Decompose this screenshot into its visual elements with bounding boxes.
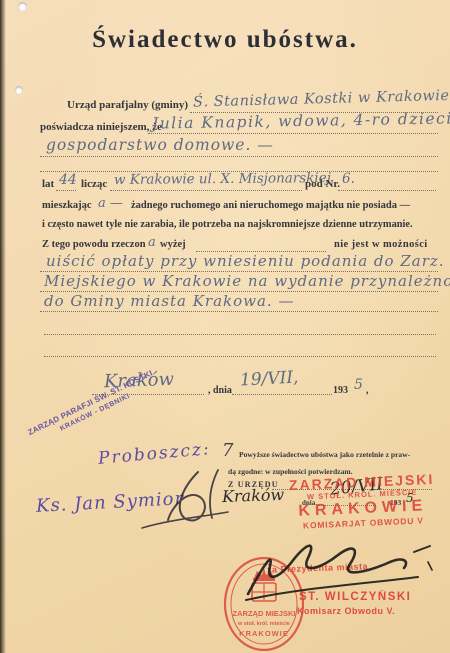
handwritten-suffix: a (148, 235, 156, 250)
parish-stamp-line2: KRAKÓW - DĘBNIKI (31, 378, 160, 448)
printed-year-prefix: 193 (333, 385, 348, 396)
handwritten-request-line: Miejskiego w Krakowie na wydanie przynal… (44, 272, 450, 290)
page-left-edge-shadow (0, 0, 6, 653)
field-label-therefore: Z tego powodu rzeczon (42, 239, 146, 250)
field-label-above: wyżej (160, 239, 186, 250)
official-signature (238, 534, 443, 612)
field-label-unable: nie jest w możności (334, 239, 428, 250)
dotted-line (56, 190, 76, 191)
punch-hole (15, 86, 23, 94)
printed-comma: , (366, 385, 369, 396)
field-label-certifies: poświadcza niniejszem, że (40, 121, 162, 133)
handwritten-city: Kraków (222, 485, 285, 506)
parish-stamp-line1: ZARZĄD PARAFJI ŚW. ST. KOSTKI (26, 368, 155, 438)
handwritten-mark: 7 (222, 440, 233, 461)
handwritten-house-number: 6. (342, 171, 355, 187)
handwritten-age: 44 (59, 172, 77, 188)
handwritten-request-line: uiścić opłaty przy wniesieniu podania do… (46, 252, 445, 270)
field-label-dnia: , dnia (208, 385, 232, 396)
dotted-line (40, 311, 438, 312)
parish-rubber-stamp: ZARZĄD PARAFJI ŚW. ST. KOSTKI KRAKÓW - D… (26, 368, 159, 448)
dotted-line (148, 133, 438, 134)
field-label-residing: mieszkając (42, 200, 92, 211)
field-label-age: lat (42, 178, 54, 190)
dotted-line (44, 334, 436, 335)
handwritten-request-line: do Gminy miasta Krakowa. — (44, 292, 294, 310)
field-label-parish-office: Urząd parafjalny (gminy) (67, 99, 188, 111)
field-label-counting: licząc (81, 178, 107, 190)
scanned-document: Świadectwo ubóstwa. Urząd parafjalny (gm… (0, 0, 450, 653)
handwritten-parish-name: Ś. Stanisława Kostki w Krakowie X (193, 87, 450, 110)
punch-hole (18, 2, 27, 11)
dotted-line (338, 190, 436, 191)
handwritten-address: w Krakowie ul. X. Misjonarskiej (114, 170, 331, 188)
dotted-line (44, 356, 436, 357)
printed-no-property-text: żadnego ruchomego ani nieruchomego mająt… (131, 200, 410, 211)
oval-stamp-line3: KRAKOWIE (239, 629, 289, 638)
dotted-line (110, 190, 302, 191)
handwritten-household: gospodarstwo domowe. — (46, 136, 274, 154)
dotted-line (232, 394, 332, 395)
confirmation-text-line1: Powyższe świadectwo ubóstwa jako rzeteln… (239, 450, 410, 459)
handwritten-year-digit: 5 (354, 377, 363, 393)
oval-stamp-line2: w stoł. król. mieście (237, 621, 290, 627)
handwritten-suffix: a — (98, 196, 123, 211)
city-board-rubber-stamp: ZARZĄD MIEJSKI W STOŁ. KRÓL. MIEŚCIE KRA… (279, 471, 446, 532)
page-title: Świadectwo ubóstwa. (0, 26, 450, 54)
printed-low-earnings-text: i często nawet tyle nie zarabia, ile pot… (42, 219, 413, 230)
dotted-line (40, 156, 438, 157)
field-label-number: pod Nr. (305, 178, 340, 190)
handwritten-person-name: Julia Knapik, wdowa, 4-ro dzieci (152, 109, 450, 132)
handwritten-day: 19/VII, (240, 367, 299, 390)
